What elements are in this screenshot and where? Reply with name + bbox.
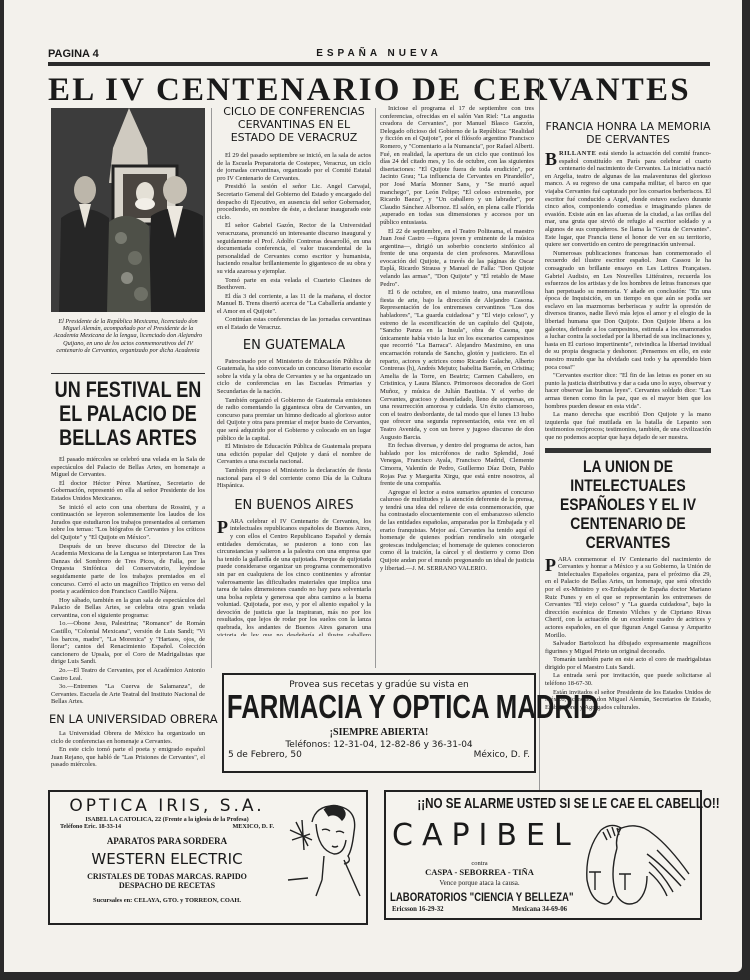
newspaper-name: ESPAÑA NUEVA	[48, 48, 710, 59]
paragraph: El 29 del pasado septiembre se inició, e…	[217, 152, 371, 182]
paragraph: El doctor Héctor Pérez Martínez, Secreta…	[51, 480, 205, 503]
paragraph: Después de un breve discurso del Directo…	[51, 543, 205, 596]
column-rule	[539, 78, 540, 878]
ad-phone: Teléfono Eric. 18-33-14	[60, 823, 121, 830]
woman-illustration-icon	[282, 800, 362, 900]
main-headline: EL IV CENTENARIO DE CERVANTES	[48, 72, 544, 108]
ad-phone2: Mexicana 34-69-06	[512, 906, 567, 913]
paragraph: La mano derecha que escribió Don Quijote…	[545, 411, 711, 441]
article-francia: FRANCIA HONRA LA MEMORIA DE CERVANTES BR…	[545, 120, 711, 712]
divider	[51, 373, 205, 374]
paragraph: Numerosas publicaciones francesas han co…	[545, 250, 711, 372]
paragraph: 3o.—Entremes "La Cuerva de Salamanza", d…	[51, 683, 205, 706]
ad-slogan: ¡SIEMPRE ABIERTA!	[224, 727, 534, 738]
article-buenos-aires-cont: Iniciose el programa el 17 de septiembre…	[380, 105, 534, 668]
paragraph-lead: PARA celebrar el IV Centenario de Cervan…	[217, 518, 371, 636]
paragraph: El pasado miércoles se celebró una velad…	[51, 456, 205, 479]
photo-portrait-ceremony-icon	[51, 108, 205, 312]
column-rule	[375, 108, 376, 668]
paragraph: Hoy sábado, también en la gran sala de e…	[51, 597, 205, 620]
ad-phones: Teléfonos: 12-31-04, 12-82-86 y 36-31-04	[224, 740, 534, 750]
paragraph: En fechas diversas, y dentro del program…	[380, 442, 534, 488]
dropcap: P	[545, 557, 556, 573]
headline-universidad: EN LA UNIVERSIDAD OBRERA	[49, 712, 207, 726]
headline-festival: UN FESTIVAL EN EL PALACIO DE BELLAS ARTE…	[53, 378, 202, 450]
ad-line1: APARATOS PARA SORDERA	[54, 836, 280, 846]
dropcap: B	[545, 151, 557, 167]
headline-union: LA UNION DE INTELECTUALES ESPAÑOLES Y EL…	[550, 457, 706, 552]
paragraph-lead: BRILLANTE está siendo la actuación del c…	[545, 150, 711, 249]
headline-veracruz: CICLO DE CONFERENCIAS CERVANTINAS EN EL …	[217, 105, 371, 144]
masthead-rule	[48, 62, 710, 66]
masthead: PAGINA 4 ESPAÑA NUEVA	[48, 48, 710, 62]
ad-brand: WESTERN ELECTRIC	[54, 850, 280, 868]
paragraph: 2o.—El Teatro de Cervantes, por el Acadé…	[51, 667, 205, 682]
paragraph: Tomarán también parte en este acto el co…	[545, 656, 711, 671]
ad-claim: Vence porque ataca la causa.	[392, 879, 567, 887]
paragraph: El 6 de octubre, en el mismo teatro, una…	[380, 289, 534, 441]
headline-buenos-aires: EN BUENOS AIRES	[217, 498, 371, 514]
ad-brand: CAPIBEL	[392, 818, 580, 853]
paragraph: El 22 de septiembre, en el Teatro Polite…	[380, 228, 534, 289]
paragraph: Presidió la sesión el señor Lic. Angel C…	[217, 183, 371, 221]
paragraph: Salvador Bartolozzi ha dibujado expresam…	[545, 640, 711, 655]
paragraph: El Ministro de Educación Pública de Guat…	[217, 443, 371, 466]
ad-address: ISABEL LA CATOLICA, 22 (Frente a la igle…	[54, 816, 280, 823]
paragraph: Se inició el acto con una obertura de Ro…	[51, 504, 205, 542]
paragraph: En este ciclo tomó parte el poeta y emig…	[51, 746, 205, 769]
ad-city: MEXICO, D. F.	[232, 823, 274, 830]
column-rule	[211, 108, 212, 668]
paragraph: 1o.—Obone Jesu, Palestrina; "Romance" de…	[51, 620, 205, 666]
ad-lab: LABORATORIOS "CIENCIA Y BELLEZA"	[390, 890, 574, 904]
headline-guatemala: EN GUATEMALA	[217, 338, 371, 354]
paragraph: La entrada será por invitación, que pued…	[545, 672, 711, 687]
paragraph-lead: PARA conmemorar el IV Centenario del nac…	[545, 556, 711, 640]
paragraph: Tomó parte en esta velada el Cuarteto Cl…	[217, 277, 371, 292]
ad-line2: CRISTALES DE TODAS MARCAS. RAPIDO	[54, 872, 280, 881]
ad-conditions: CASPA - SEBORREA - TIÑA	[392, 867, 567, 877]
headline-francia: FRANCIA HONRA LA MEMORIA DE CERVANTES	[545, 120, 711, 146]
paragraph: Agregue el lector a estos sumarios apunt…	[380, 489, 534, 573]
photo-caption: El Presidente de la República Mexicana, …	[51, 318, 205, 354]
ad-farmacia-optica-madrid: Provea sus recetas y gradúe su vista en …	[222, 673, 536, 773]
paragraph: Continúan estas conferencias de las jorn…	[217, 316, 371, 331]
ad-city: México, D. F.	[474, 750, 530, 760]
paragraph: También organizó el Gobierno de Guatemal…	[217, 397, 371, 443]
paragraph: Iniciose el programa el 17 de septiembre…	[380, 105, 534, 227]
paragraph: El señor Gabriel Gazón, Rector de la Uni…	[217, 222, 371, 275]
newspaper-page: PAGINA 4 ESPAÑA NUEVA EL IV CENTENARIO D…	[4, 0, 742, 972]
ad-name: FARMACIA Y OPTICA MADRID	[227, 690, 531, 724]
ad-optica-iris: OPTICA IRIS, S.A. ISABEL LA CATOLICA, 22…	[48, 790, 368, 925]
ad-phone1: Ericsson 16-29-32	[392, 906, 444, 913]
ad-address: 5 de Febrero, 50	[228, 750, 302, 760]
ad-contra: contra	[392, 860, 567, 867]
two-faces-hair-illustration-icon	[577, 820, 692, 915]
paragraph: También propuso el Ministerio la declara…	[217, 467, 371, 490]
paragraph: La Universidad Obrera de México ha organ…	[51, 730, 205, 745]
section-rule	[545, 448, 711, 453]
ad-headline: ¡¡NO SE ALARME USTED SI SE LE CAE EL CAB…	[417, 796, 668, 812]
ad-name: OPTICA IRIS, S.A.	[54, 796, 280, 816]
paragraph: El día 3 del corriente, a las 11 de la m…	[217, 293, 371, 316]
article-festival: UN FESTIVAL EN EL PALACIO DE BELLAS ARTE…	[51, 378, 205, 770]
ad-branches: Sucursales en: CELAYA, GTO. y TORREON, C…	[54, 897, 280, 904]
paragraph: Patrocinado por el Ministerio de Educaci…	[217, 358, 371, 396]
article-veracruz: CICLO DE CONFERENCIAS CERVANTINAS EN EL …	[217, 105, 371, 637]
ad-line3: DESPACHO DE RECETAS	[54, 881, 280, 890]
paragraph: "Cervantes escritor dice: "El fin de las…	[545, 372, 711, 410]
ad-capibel: ¡¡NO SE ALARME USTED SI SE LE CAE EL CAB…	[384, 790, 702, 920]
dropcap: P	[217, 519, 228, 535]
